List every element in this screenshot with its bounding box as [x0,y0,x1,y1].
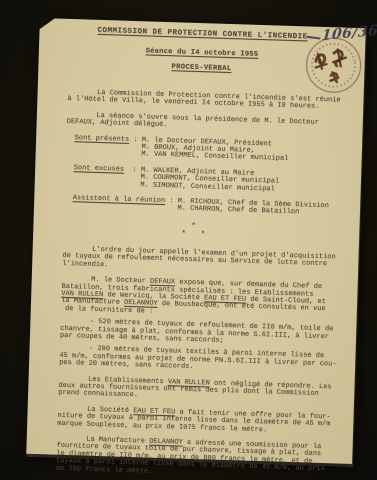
folded-corner [39,17,56,31]
agenda-paragraph: L'ordre du jour appelle l'examen d'un pr… [62,246,353,277]
attendance-present: Sont présents : M. le Docteur DEFAUX, Pr… [66,134,357,165]
expose-paragraph: M. le Docteur DEFAUX expose que, sur dem… [61,276,352,322]
presidence-paragraph: La séance s'ouvre sous la présidence de … [67,112,357,136]
eauetfeu-paragraph: La Société EAU ET FEU a fait tenir une o… [57,406,348,437]
document-page: 106/363 COMMISSION DE PROTECTION CONTRE … [26,18,366,464]
document-body: La Commission de Protection contre l'inc… [26,88,364,480]
asterisk-separator: ** * [63,219,353,244]
delannoy-paragraph: La Manufacture DELANNOY a adressé une so… [56,436,347,480]
attendance-attending: Assistent à la réunion : M. RICHOUX, Che… [64,195,354,219]
ink-stamp [301,33,366,98]
scanned-archive-photo: { "archival_number": "106/363", "colors"… [0,0,377,480]
item-280m: - 280 mètres de tuyaux textiles à paroi … [59,345,350,376]
vanrullen-paragraph: Les Etablissements VAN RULLEN ont néglig… [58,375,349,406]
attendance-excused: Sont excusés : M. WALKER, Adjoint au Mai… [65,165,356,196]
